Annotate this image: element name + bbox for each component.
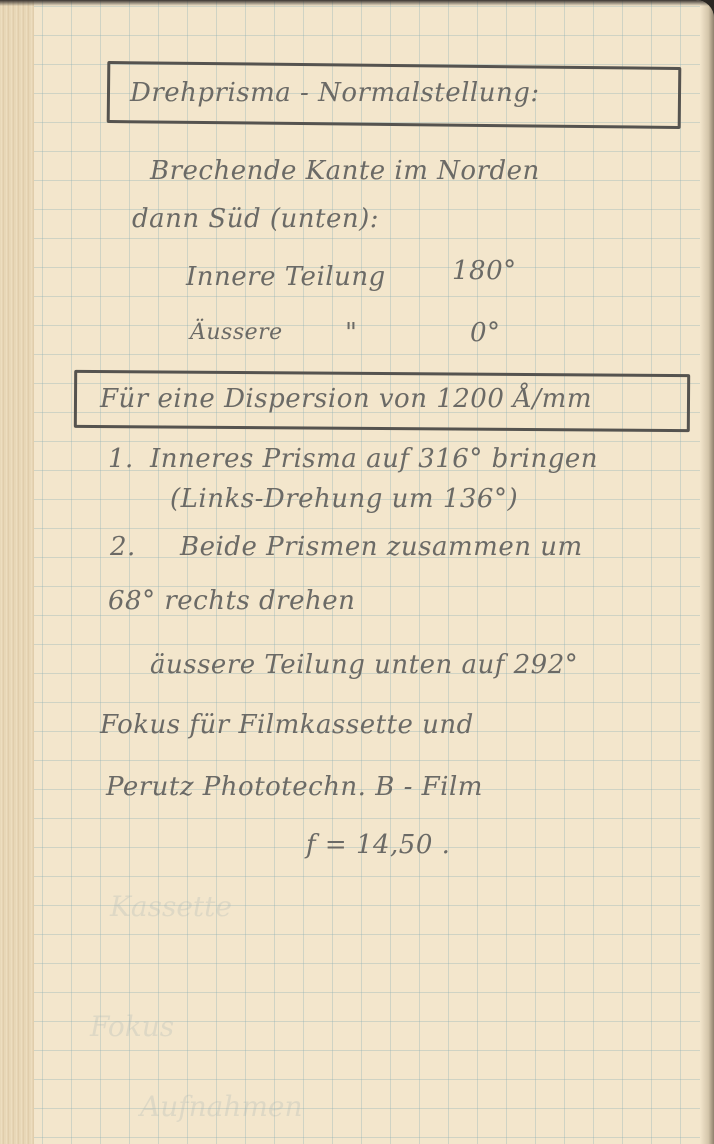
focus-value: f = 14,50 . (306, 830, 450, 860)
step-text: Beide Prismen zusammen um (180, 532, 583, 562)
text-line: Brechende Kante im Norden (150, 156, 540, 186)
setting-label: Äussere (190, 320, 283, 345)
top-edge-shadow (0, 0, 714, 6)
dispersion-text: Für eine Dispersion von 1200 Å/mm (100, 384, 592, 414)
step-continuation: 68° rechts drehen (108, 586, 355, 616)
binding-shadow (700, 0, 714, 1144)
bleed-through-text: Fokus (90, 1010, 174, 1043)
focus-line: Fokus für Filmkassette und (100, 710, 474, 740)
bleed-through-text: Aufnahmen (140, 1090, 303, 1123)
page-stack-edge (0, 0, 34, 1144)
step-number: 1. (108, 444, 134, 474)
focus-line: Perutz Phototechn. B - Film (106, 772, 483, 802)
setting-label: Innere Teilung (186, 262, 386, 292)
ditto-mark: " (345, 318, 357, 348)
text-line: dann Süd (unten): (132, 204, 379, 234)
bleed-through-text: Kassette (110, 890, 232, 923)
setting-value: 180° (452, 256, 517, 286)
notebook-page: Kassette Fokus Aufnahmen Drehprisma - No… (0, 0, 714, 1144)
setting-value: 0° (470, 318, 501, 348)
step-number: 2. (110, 532, 136, 562)
outer-scale-line: äussere Teilung unten auf 292° (150, 650, 578, 680)
step-text: Inneres Prisma auf 316° bringen (150, 444, 598, 474)
heading-text: Drehprisma - Normalstellung: (130, 78, 540, 108)
step-note: (Links-Drehung um 136°) (170, 484, 518, 514)
